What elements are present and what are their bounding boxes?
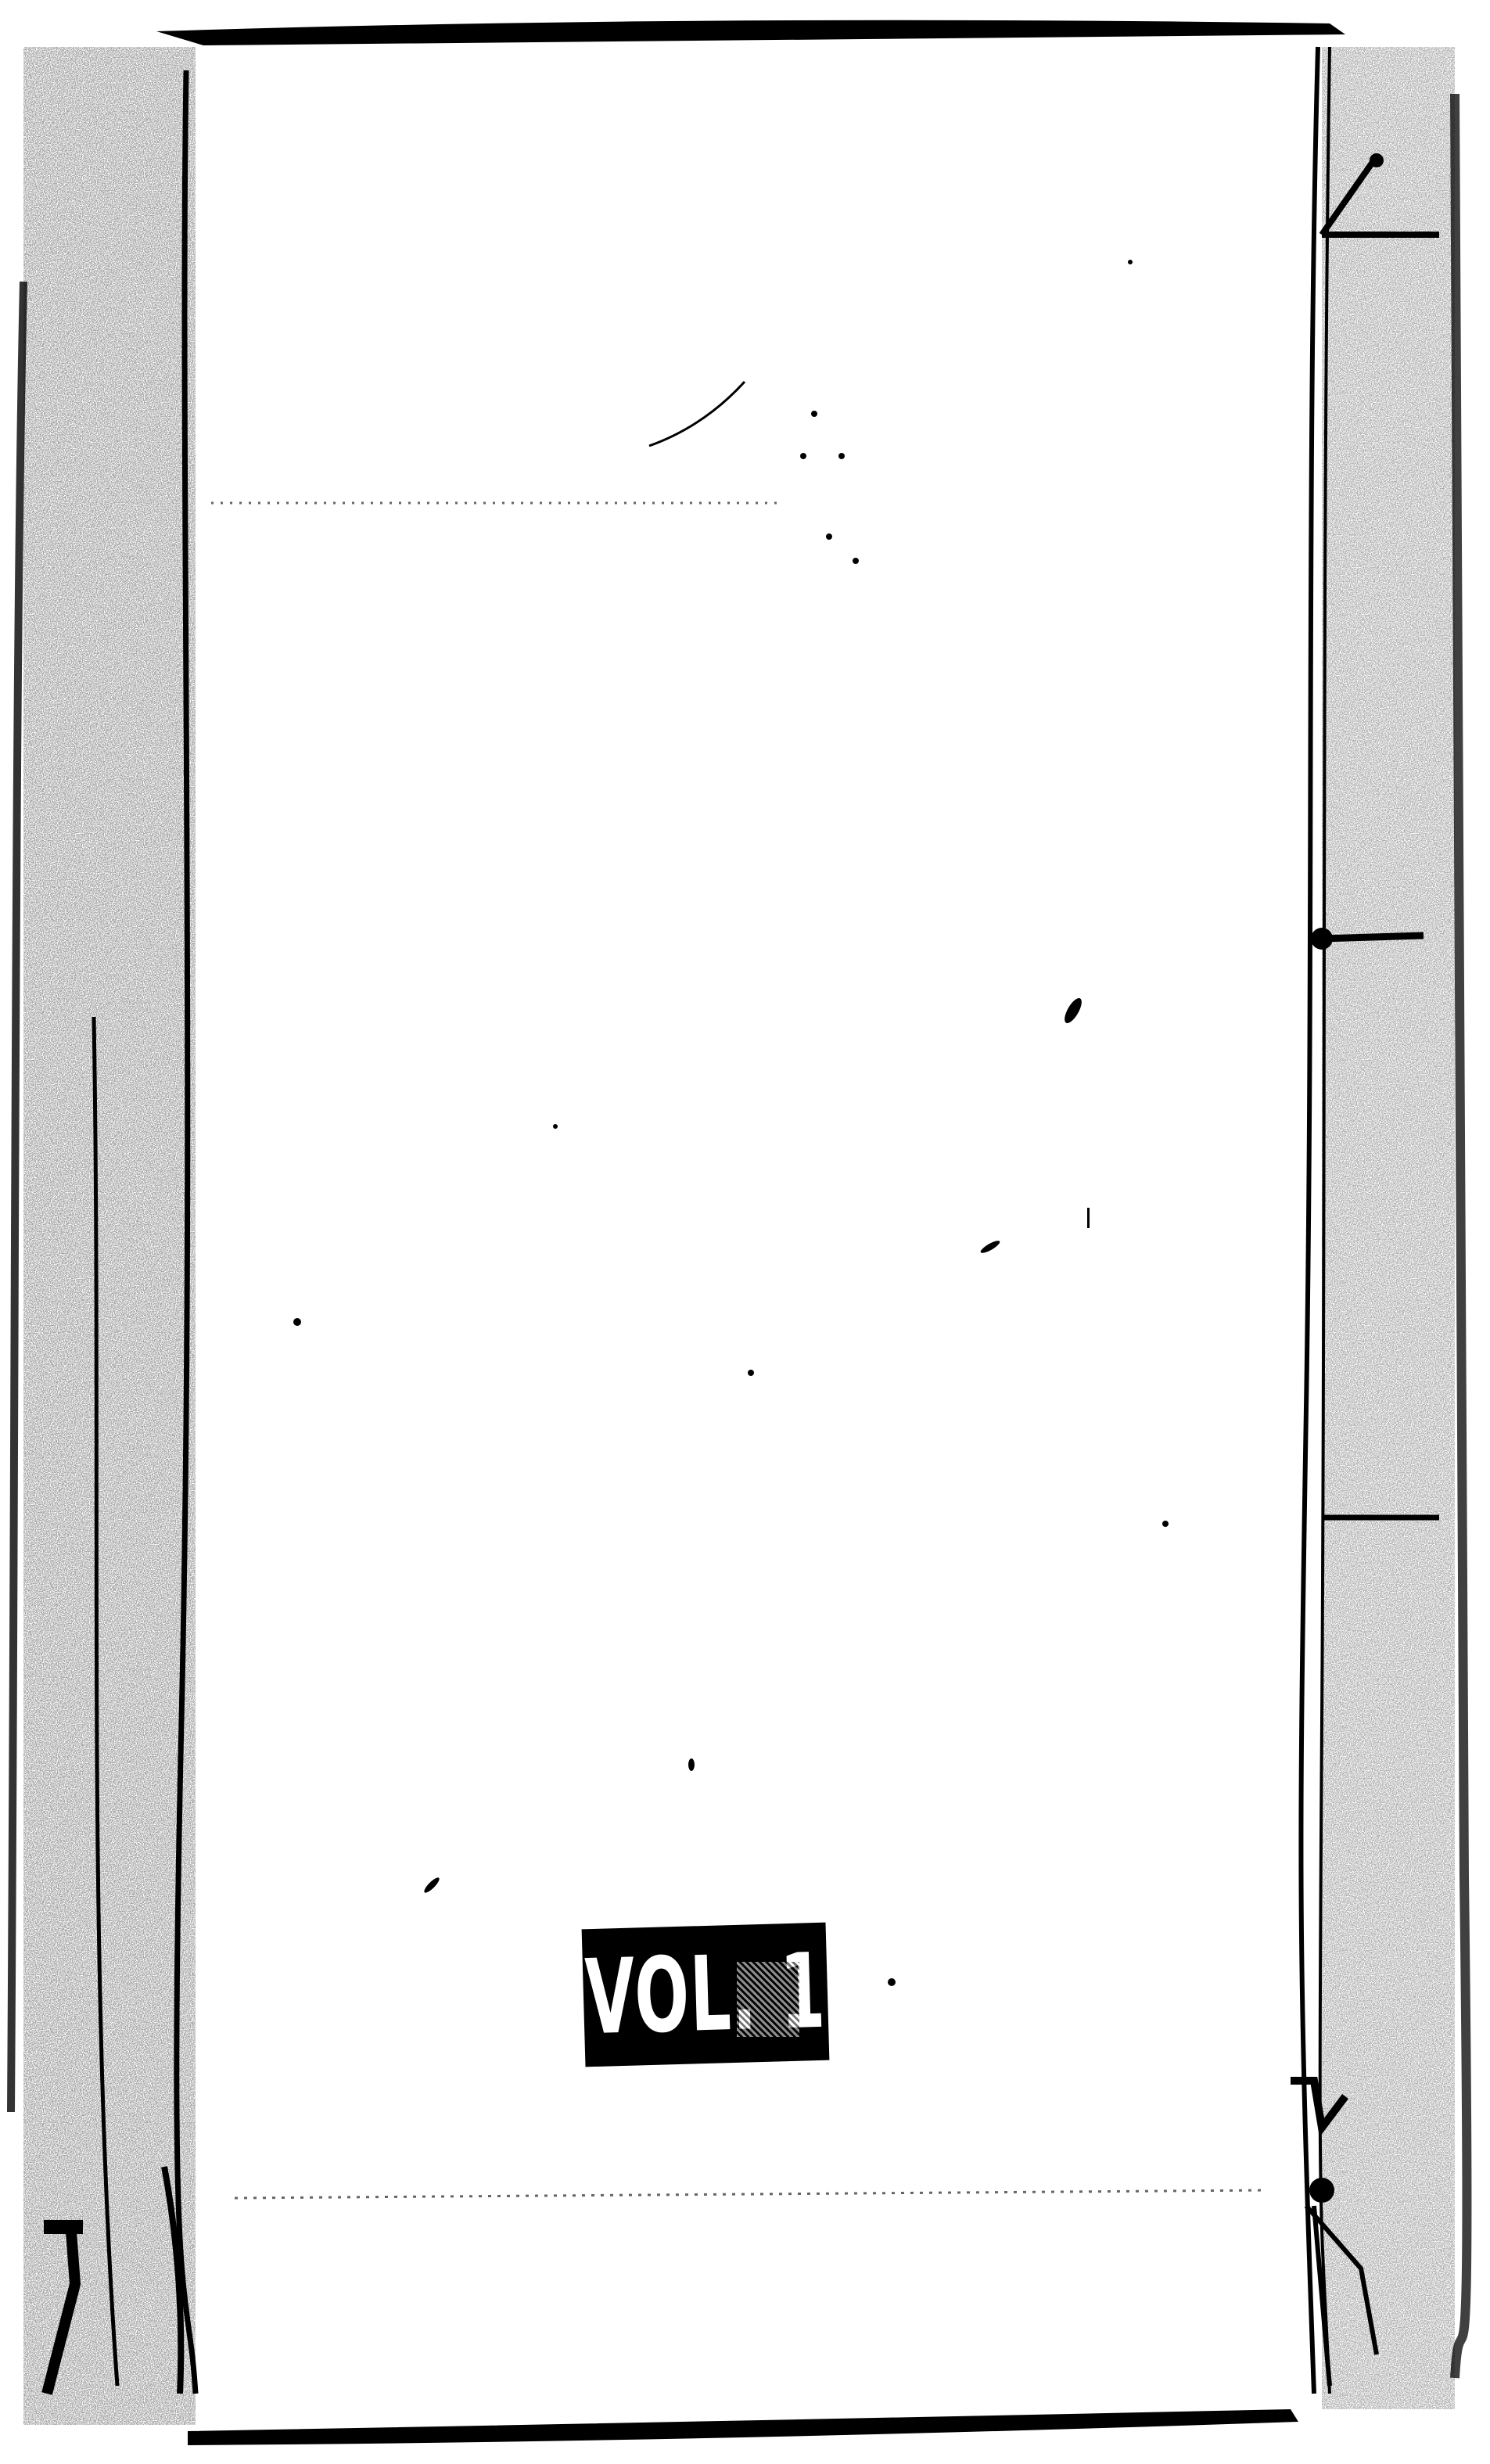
volume-label-text: VOL. 1	[583, 1940, 827, 2050]
fold-line-bottom	[235, 2190, 1267, 2198]
left-cloth-fold	[11, 47, 196, 2425]
top-edge	[156, 20, 1345, 45]
book-cover-scan	[0, 0, 1490, 2464]
bottom-edge	[188, 2409, 1298, 2445]
paper-specks	[293, 260, 1169, 1986]
right-binding	[1291, 47, 1467, 2409]
volume-label: VOL. 1	[582, 1923, 830, 2067]
